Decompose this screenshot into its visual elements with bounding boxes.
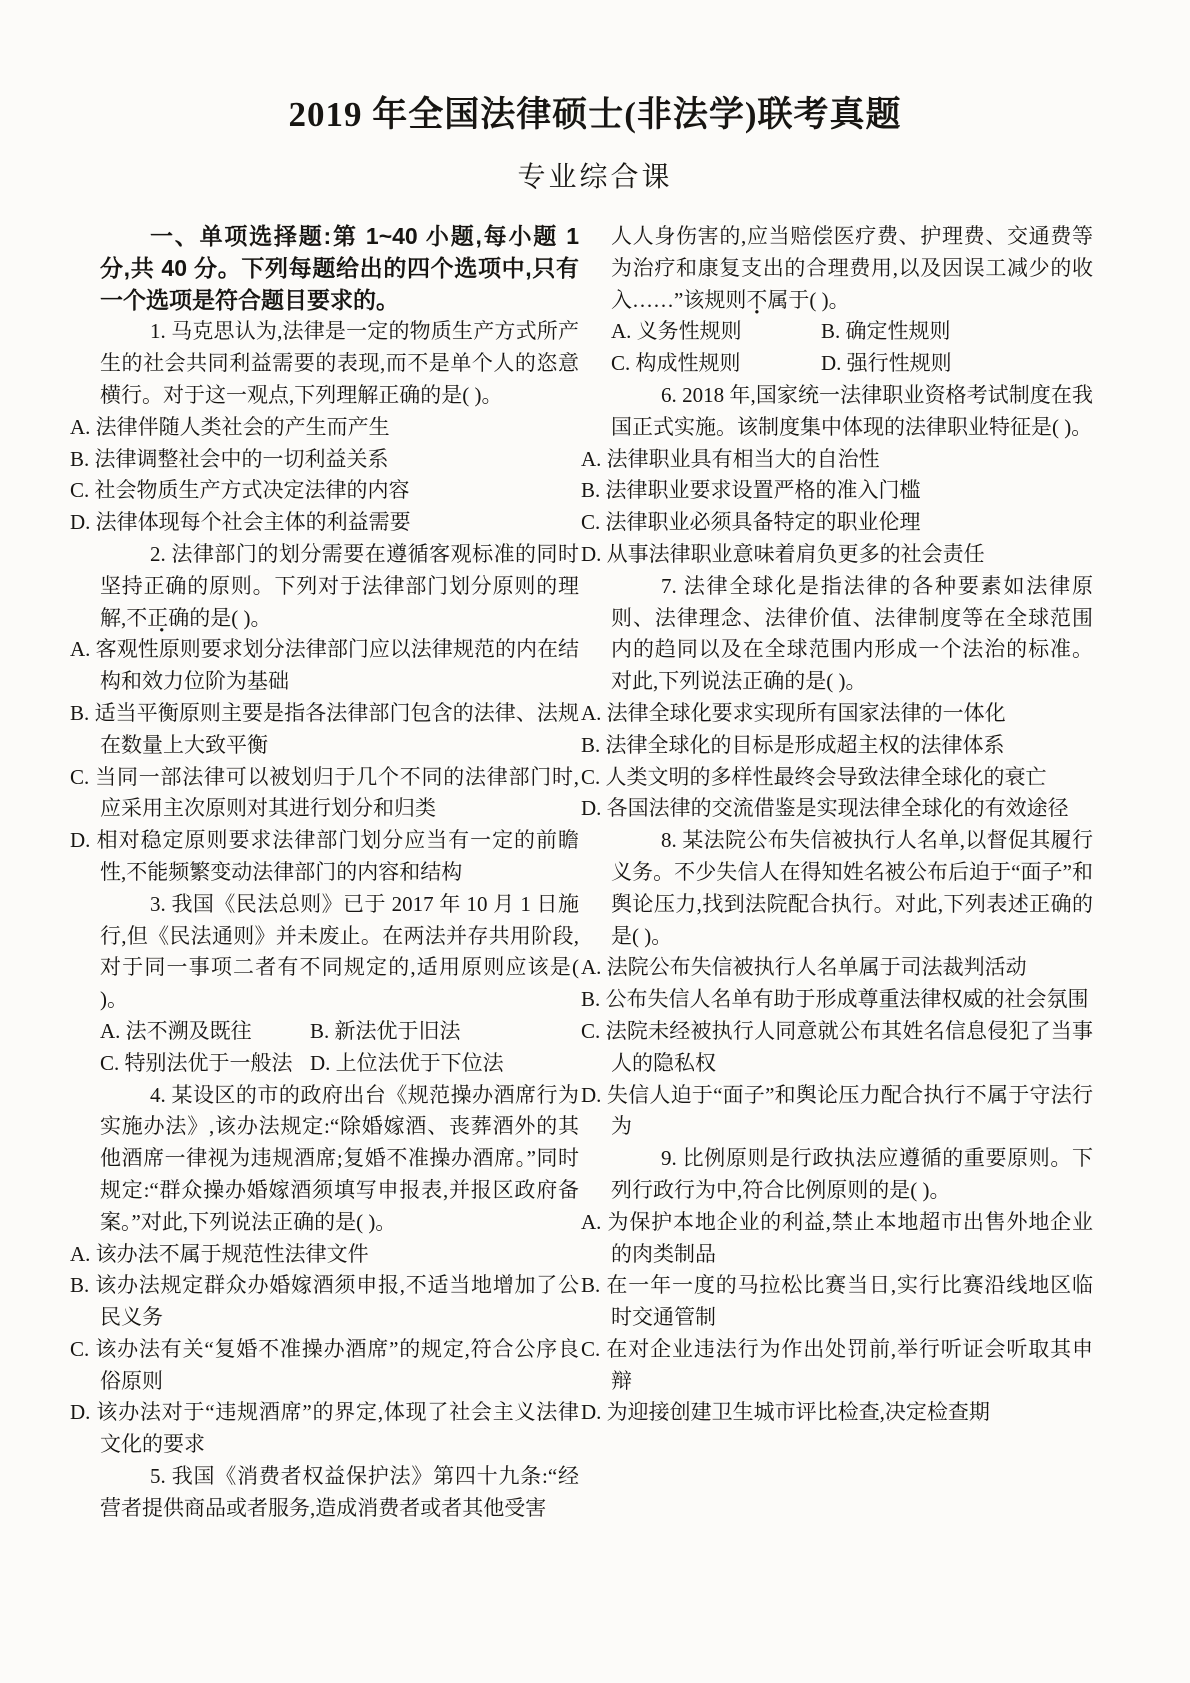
page-title: 2019 年全国法律硕士(非法学)联考真题: [0, 87, 1190, 137]
option-b: B. 确定性规则: [821, 316, 951, 348]
stem-text: 属于( )。: [767, 288, 849, 312]
page-subtitle: 专业综合课: [0, 155, 1190, 195]
option-b: B. 新法优于旧法: [310, 1016, 461, 1048]
question-9-option-d: D. 为迎接创建卫生城市评比检查,决定检查期: [611, 1397, 1093, 1429]
question-8-stem: 8. 某法院公布失信被执行人名单,以督促其履行义务。不少失信人在得知姓名被公布后…: [611, 825, 1093, 952]
question-4-option-a: A. 该办法不属于规范性法律文件: [100, 1239, 579, 1271]
question-4-option-d: D. 该办法对于“违规酒席”的界定,体现了社会主义法律文化的要求: [100, 1397, 579, 1461]
question-5-options-cd: C. 构成性规则D. 强行性规则: [611, 348, 1093, 380]
question-2-option-a: A. 客观性原则要求划分法律部门应以法律规范的内在结构和效力位阶为基础: [100, 634, 579, 698]
option-a: A. 义务性规则: [611, 316, 821, 348]
question-4-option-c: C. 该办法有关“复婚不准操办酒席”的规定,符合公序良俗原则: [100, 1334, 579, 1398]
question-7-stem: 7. 法律全球化是指法律的各种要素如法律原则、法律理念、法律价值、法律制度等在全…: [611, 571, 1093, 698]
question-6-option-d: D. 从事法律职业意味着肩负更多的社会责任: [611, 539, 1093, 571]
question-8-option-c: C. 法院未经被执行人同意就公布其姓名信息侵犯了当事人的隐私权: [611, 1016, 1093, 1080]
question-5-options-ab: A. 义务性规则B. 确定性规则: [611, 316, 1093, 348]
emphasized-char: 不: [746, 288, 767, 312]
option-a: A. 法不溯及既往: [100, 1016, 310, 1048]
question-8-option-d: D. 失信人迫于“面子”和舆论压力配合执行不属于守法行为: [611, 1080, 1093, 1144]
question-6-option-c: C. 法律职业必须具备特定的职业伦理: [611, 507, 1093, 539]
question-2-option-d: D. 相对稳定原则要求法律部门划分应当有一定的前瞻性,不能频繁变动法律部门的内容…: [100, 825, 579, 889]
question-2-option-b: B. 适当平衡原则主要是指各法律部门包含的法律、法规在数量上大致平衡: [100, 698, 579, 762]
question-6-option-a: A. 法律职业具有相当大的自治性: [611, 444, 1093, 476]
question-9-option-a: A. 为保护本地企业的利益,禁止本地超市出售外地企业的肉类制品: [611, 1207, 1093, 1271]
question-1-option-a: A. 法律伴随人类社会的产生而产生: [100, 412, 579, 444]
question-8-option-b: B. 公布失信人名单有助于形成尊重法律权威的社会氛围: [611, 984, 1093, 1016]
question-6-option-b: B. 法律职业要求设置严格的准入门槛: [611, 475, 1093, 507]
option-c: C. 特别法优于一般法: [100, 1048, 310, 1080]
question-9-option-c: C. 在对企业违法行为作出处罚前,举行听证会听取其申辩: [611, 1334, 1093, 1398]
question-6-stem: 6. 2018 年,国家统一法律职业资格考试制度在我国正式实施。该制度集中体现的…: [611, 380, 1093, 444]
stem-text: 人人身伤害的,应当赔偿医疗费、护理费、交通费等为治疗和康复支出的合理费用,以及因…: [611, 224, 1093, 312]
question-5-stem-start: 5. 我国《消费者权益保护法》第四十九条:“经营者提供商品或者服务,造成消费者或…: [100, 1461, 579, 1525]
option-d: D. 强行性规则: [821, 348, 952, 380]
question-3-stem: 3. 我国《民法总则》已于 2017 年 10 月 1 日施行,但《民法通则》并…: [100, 889, 579, 1016]
question-7-option-d: D. 各国法律的交流借鉴是实现法律全球化的有效途径: [611, 793, 1093, 825]
question-5-stem-continuation: 人人身伤害的,应当赔偿医疗费、护理费、交通费等为治疗和康复支出的合理费用,以及因…: [611, 221, 1093, 316]
question-9-stem: 9. 比例原则是行政执法应遵循的重要原则。下列行政行为中,符合比例原则的是( )…: [611, 1143, 1093, 1207]
stem-text: 正确的是( )。: [147, 606, 271, 630]
question-4-stem: 4. 某设区的市的政府出台《规范操办酒席行为实施办法》,该办法规定:“除婚嫁酒、…: [100, 1080, 579, 1239]
option-c: C. 构成性规则: [611, 348, 821, 380]
exam-page: 2019 年全国法律硕士(非法学)联考真题 专业综合课 一、单项选择题:第 1~…: [0, 0, 1190, 1683]
option-d: D. 上位法优于下位法: [310, 1048, 504, 1080]
question-7-option-b: B. 法律全球化的目标是形成超主权的法律体系: [611, 730, 1093, 762]
question-7-option-a: A. 法律全球化要求实现所有国家法律的一体化: [611, 698, 1093, 730]
question-3-options-ab: A. 法不溯及既往B. 新法优于旧法: [100, 1016, 579, 1048]
section-instructions: 一、单项选择题:第 1~40 小题,每小题 1 分,共 40 分。下列每题给出的…: [100, 221, 579, 316]
question-1-option-b: B. 法律调整社会中的一切利益关系: [100, 444, 579, 476]
question-1-stem: 1. 马克思认为,法律是一定的物质生产方式所产生的社会共同利益需要的表现,而不是…: [100, 316, 579, 411]
question-8-option-a: A. 法院公布失信被执行人名单属于司法裁判活动: [611, 952, 1093, 984]
question-7-option-c: C. 人类文明的多样性最终会导致法律全球化的衰亡: [611, 762, 1093, 794]
right-column: 人人身伤害的,应当赔偿医疗费、护理费、交通费等为治疗和康复支出的合理费用,以及因…: [611, 221, 1093, 1429]
left-column: 一、单项选择题:第 1~40 小题,每小题 1 分,共 40 分。下列每题给出的…: [100, 221, 579, 1525]
question-2-option-c: C. 当同一部法律可以被划归于几个不同的法律部门时,应采用主次原则对其进行划分和…: [100, 762, 579, 826]
question-1-option-c: C. 社会物质生产方式决定法律的内容: [100, 475, 579, 507]
emphasized-char: 不: [126, 606, 147, 630]
question-9-option-b: B. 在一年一度的马拉松比赛当日,实行比赛沿线地区临时交通管制: [611, 1270, 1093, 1334]
question-1-option-d: D. 法律体现每个社会主体的利益需要: [100, 507, 579, 539]
question-4-option-b: B. 该办法规定群众办婚嫁酒须申报,不适当地增加了公民义务: [100, 1270, 579, 1334]
question-3-options-cd: C. 特别法优于一般法D. 上位法优于下位法: [100, 1048, 579, 1080]
question-2-stem: 2. 法律部门的划分需要在遵循客观标准的同时坚持正确的原则。下列对于法律部门划分…: [100, 539, 579, 634]
